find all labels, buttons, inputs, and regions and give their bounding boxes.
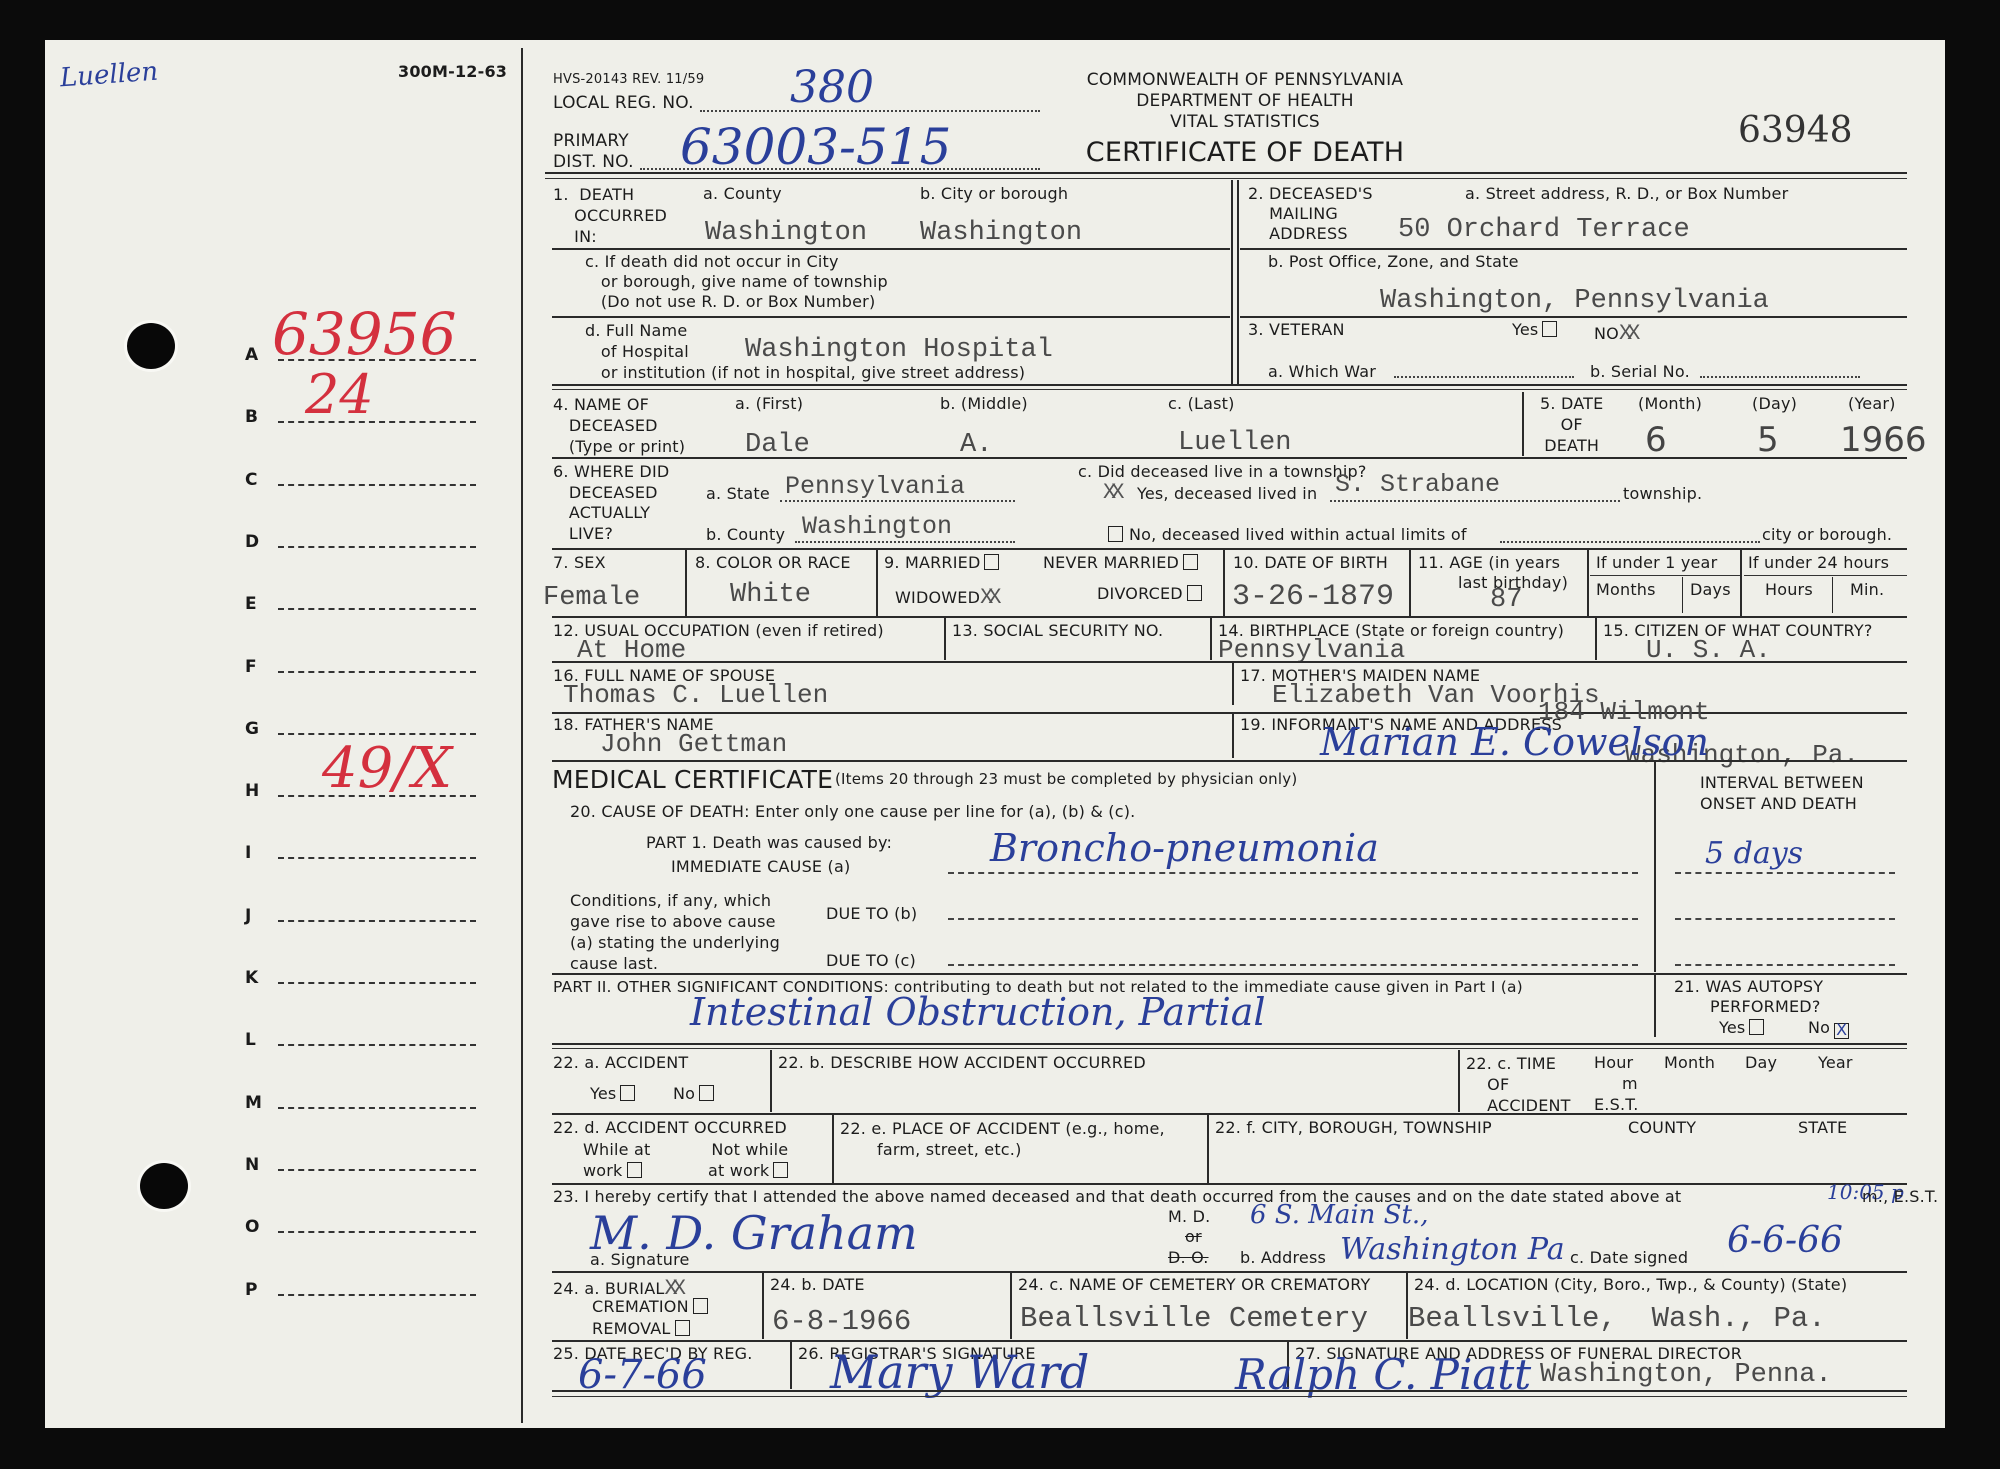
item22c-year: Year xyxy=(1818,1053,1853,1073)
while-at-work-checkbox[interactable] xyxy=(627,1162,642,1178)
due-to-c-line xyxy=(948,964,1638,966)
divorced-checkbox[interactable] xyxy=(1187,585,1202,601)
stub-line-f xyxy=(278,671,476,673)
item24c-label: 24. c. NAME OF CEMETERY OR CREMATORY xyxy=(1018,1275,1370,1295)
months-days-divider xyxy=(1682,577,1683,613)
item7-label: 7. SEX xyxy=(553,553,606,573)
hours-min-divider xyxy=(1832,577,1833,613)
section-rule-4 xyxy=(552,457,1907,459)
item5-month-label: (Month) xyxy=(1638,394,1702,414)
item22c-hour: Hour xyxy=(1594,1053,1633,1073)
item25-26-divider xyxy=(790,1342,792,1389)
header-rule-2 xyxy=(545,178,1907,179)
interval-label-2: ONSET AND DEATH xyxy=(1700,794,1857,814)
local-reg-value: 380 xyxy=(790,62,874,113)
item4c-label: c. (Last) xyxy=(1168,394,1235,414)
item7-sex-value: Female xyxy=(543,583,640,613)
item10-label: 10. DATE OF BIRTH xyxy=(1233,553,1388,573)
item3b-label: b. Serial No. xyxy=(1590,362,1690,382)
punch-hole-bottom xyxy=(140,1163,188,1209)
item23-signature-label: a. Signature xyxy=(590,1250,690,1270)
stub-letter-k: K xyxy=(245,968,258,988)
item22f-county: COUNTY xyxy=(1628,1118,1696,1138)
item18-19-divider xyxy=(1232,713,1234,758)
item2b-post-office-value: Washington, Pennsylvania xyxy=(1380,286,1769,316)
item24a-cremation: CREMATION xyxy=(592,1297,708,1317)
item22b-label: 22. b. DESCRIBE HOW ACCIDENT OCCURRED xyxy=(778,1053,1146,1073)
under-24-hours-rule xyxy=(1744,575,1907,576)
item6c-city-suffix: city or borough. xyxy=(1762,525,1892,545)
item4b-label: b. (Middle) xyxy=(940,394,1028,414)
item23-time-suffix: m., E.S.T. xyxy=(1862,1187,1938,1207)
removal-checkbox[interactable] xyxy=(675,1320,690,1336)
item1b-city-value: Washington xyxy=(920,218,1082,248)
due-to-b-label: DUE TO (b) xyxy=(826,904,917,924)
item10-birth-date: 3-26-1879 xyxy=(1232,580,1394,614)
item1-label: 1. DEATH OCCURRED IN: xyxy=(553,184,667,247)
item27-funeral-director-address: Washington, Penna. xyxy=(1540,1360,1832,1390)
stub-value-a: 63956 xyxy=(272,300,457,368)
primary-dist-label-1: PRIMARY xyxy=(553,131,629,152)
stub-letter-o: O xyxy=(245,1217,259,1237)
stub-letter-m: M xyxy=(245,1093,262,1113)
stub-letter-g: G xyxy=(245,719,259,739)
section-rule-14 xyxy=(552,1271,1907,1273)
item9-widowed: WIDOWEDXX xyxy=(895,584,997,612)
item22a-b-divider xyxy=(770,1050,772,1112)
immediate-cause-line xyxy=(948,872,1638,874)
item4-label: 4. NAME OF DECEASED (Type or print) xyxy=(553,394,685,457)
item3b-line xyxy=(1700,376,1860,378)
item4a-label: a. (First) xyxy=(735,394,803,414)
item6a-state-value: Pennsylvania xyxy=(785,472,965,501)
item1b-label: b. City or borough xyxy=(920,184,1068,204)
item5-day-label: (Day) xyxy=(1752,394,1797,414)
conditions-label: Conditions, if any, which gave rise to a… xyxy=(570,890,780,974)
primary-dist-label-2: DIST. NO. xyxy=(553,152,634,173)
section-rule-3 xyxy=(552,384,1907,386)
cremation-checkbox[interactable] xyxy=(693,1298,708,1314)
form-number: HVS-20143 REV. 11/59 xyxy=(553,72,704,88)
stub-letter-d: D xyxy=(245,532,259,552)
item24c-cemetery-value: Beallsville Cemetery xyxy=(1020,1302,1368,1335)
stub-letter-e: E xyxy=(245,594,257,614)
item23-address-label: b. Address xyxy=(1240,1248,1326,1268)
stub-value-b: 24 xyxy=(305,363,374,426)
item14-15-divider xyxy=(1595,618,1597,660)
section-rule-10 xyxy=(552,973,1907,975)
item6b-label: b. County xyxy=(706,525,785,545)
stub-line-g xyxy=(278,733,476,735)
bottom-rule-2 xyxy=(552,1396,1907,1397)
item1-2-divider-a xyxy=(1231,180,1233,384)
item23-address-line-1: 6 S. Main St., xyxy=(1250,1200,1428,1230)
item11-label-1: 11. AGE (in years xyxy=(1418,553,1560,573)
stub-divider xyxy=(521,48,523,1423)
stub-letter-a: A xyxy=(245,345,258,365)
item6c-city-line xyxy=(1500,541,1760,543)
interval-c-line xyxy=(1675,964,1895,966)
item3a-line xyxy=(1394,376,1574,378)
medical-certificate-title: MEDICAL CERTIFICATE xyxy=(552,764,833,795)
autopsy-divider xyxy=(1654,975,1656,1037)
stub-line-o xyxy=(278,1231,476,1233)
bottom-rule-1 xyxy=(552,1390,1907,1392)
item2a-label: a. Street address, R. D., or Box Number xyxy=(1465,184,1788,204)
agency-line-1: COMMONWEALTH OF PENNSYLVANIA xyxy=(1070,70,1420,91)
item4b-middle-name: A. xyxy=(960,430,992,460)
item22b-c-divider xyxy=(1458,1050,1460,1112)
widowed-mark[interactable]: XX xyxy=(980,585,996,610)
death-day: 5 xyxy=(1757,420,1779,460)
stub-letter-n: N xyxy=(245,1155,259,1175)
item2b-label: b. Post Office, Zone, and State xyxy=(1268,252,1519,272)
stub-letter-c: C xyxy=(245,470,257,490)
medical-certificate-subtitle: (Items 20 through 23 must be completed b… xyxy=(835,770,1297,789)
item11-divider-a xyxy=(1587,550,1589,616)
item22c-day: Day xyxy=(1745,1053,1777,1073)
item22f-state: STATE xyxy=(1798,1118,1847,1138)
item24b-burial-date: 6-8-1966 xyxy=(772,1305,911,1338)
item22e-label: 22. e. PLACE OF ACCIDENT (e.g., home, fa… xyxy=(840,1118,1165,1160)
item10-11-divider xyxy=(1409,550,1411,616)
item6c-township-suffix: township. xyxy=(1623,484,1702,504)
item6c-township-line xyxy=(1330,500,1620,502)
item22a-no: No xyxy=(673,1084,714,1104)
autopsy-no: NoX xyxy=(1808,1018,1849,1039)
stub-letter-l: L xyxy=(245,1030,256,1050)
death-month: 6 xyxy=(1645,420,1667,460)
item6c-yes-label: Yes, deceased lived in xyxy=(1137,484,1317,504)
stub-value-h: 49/X xyxy=(322,736,452,801)
item22a-yes: Yes xyxy=(590,1084,635,1104)
stub-line-k xyxy=(278,982,476,984)
item23-do-label: D. O. xyxy=(1168,1248,1209,1268)
item6b-county-value: Washington xyxy=(802,512,952,541)
section-rule-3b xyxy=(552,389,1907,390)
item3a-label: a. Which War xyxy=(1268,362,1376,382)
section-rule-11 xyxy=(552,1043,1907,1045)
veteran-no-mark[interactable]: XX xyxy=(1619,321,1635,346)
accident-yes-checkbox[interactable] xyxy=(620,1085,635,1101)
part2-value: Intestinal Obstruction, Partial xyxy=(690,990,1266,1034)
death-year: 1966 xyxy=(1840,420,1927,460)
section-rule-13 xyxy=(552,1183,1907,1185)
agency-line-3: VITAL STATISTICS xyxy=(1070,112,1420,133)
item5-label: 5. DATE OF DEATH xyxy=(1540,393,1603,456)
section-rule-12 xyxy=(552,1113,1907,1115)
item22c-est: E.S.T. xyxy=(1594,1095,1639,1115)
item24a-b-divider xyxy=(762,1273,764,1339)
item9-never-married: NEVER MARRIED xyxy=(1043,553,1198,573)
stub-line-i xyxy=(278,857,476,859)
primary-dist-value: 63003-515 xyxy=(680,118,951,176)
autopsy-yes: Yes xyxy=(1719,1018,1764,1038)
item6c-township-value: S. Strabane xyxy=(1335,470,1500,499)
immediate-cause-label: IMMEDIATE CAUSE (a) xyxy=(671,857,850,877)
section-rule-6 xyxy=(552,616,1907,618)
never-married-checkbox[interactable] xyxy=(1183,554,1198,570)
stub-line-e xyxy=(278,608,476,610)
interval-label-1: INTERVAL BETWEEN xyxy=(1700,773,1864,793)
item22c-label: 22. c. TIME OF ACCIDENT xyxy=(1466,1053,1571,1116)
item22a-label: 22. a. ACCIDENT xyxy=(553,1053,688,1073)
item9-divorced: DIVORCED xyxy=(1097,584,1202,604)
min-label: Min. xyxy=(1850,580,1884,600)
under-1-year-rule xyxy=(1590,575,1740,576)
item6-label: 6. WHERE DID DECEASED ACTUALLY LIVE? xyxy=(553,462,669,544)
due-to-b-line xyxy=(948,918,1638,920)
stub-letter-b: B xyxy=(245,407,258,427)
interval-b-line xyxy=(1675,918,1895,920)
item23-date-label: c. Date signed xyxy=(1570,1248,1688,1268)
item6a-label: a. State xyxy=(706,484,770,504)
interval-a-value: 5 days xyxy=(1705,836,1803,871)
section-rule-15 xyxy=(552,1340,1907,1342)
item1d-hospital-value: Washington Hospital xyxy=(745,335,1053,365)
item22f-label: 22. f. CITY, BOROUGH, TOWNSHIP xyxy=(1215,1118,1492,1138)
item13-label: 13. SOCIAL SECURITY NO. xyxy=(952,621,1163,641)
accident-no-checkbox[interactable] xyxy=(699,1085,714,1101)
item22d-not-while: Not while at work xyxy=(708,1139,788,1181)
cause-of-death-label: 20. CAUSE OF DEATH: Enter only one cause… xyxy=(570,802,1135,822)
item5-year-label: (Year) xyxy=(1848,394,1896,414)
item4-5-divider xyxy=(1522,392,1524,456)
item22d-while: While at work xyxy=(583,1139,650,1181)
item2a-street-value: 50 Orchard Terrace xyxy=(1398,215,1690,245)
immediate-cause-value: Broncho-pneumonia xyxy=(990,826,1379,870)
stub-line-p xyxy=(278,1294,476,1296)
days-label: Days xyxy=(1690,580,1731,600)
stub-line-c xyxy=(278,484,476,486)
item6b-line xyxy=(795,541,1015,543)
item22c-month: Month xyxy=(1664,1053,1715,1073)
item8-9-divider xyxy=(876,550,878,616)
veteran-yes-checkbox[interactable] xyxy=(1542,321,1557,337)
item9-married: 9. MARRIED xyxy=(884,553,999,573)
stub-letter-f: F xyxy=(245,657,257,677)
stub-line-j xyxy=(278,920,476,922)
stub-line-l xyxy=(278,1044,476,1046)
under-1-year-label: If under 1 year xyxy=(1596,553,1717,573)
part1-label: PART 1. Death was caused by: xyxy=(646,833,892,853)
item16-17-divider xyxy=(1232,663,1234,705)
item23-address-line-2: Washington Pa xyxy=(1340,1232,1565,1267)
autopsy-label-2: PERFORMED? xyxy=(1710,997,1821,1017)
stub-letter-j: J xyxy=(245,906,251,926)
item23-md-label: M. D. xyxy=(1168,1207,1210,1227)
item2-label: 2. DECEASED'S MAILING ADDRESS xyxy=(1248,184,1373,244)
item3-label: 3. VETERAN xyxy=(1248,320,1345,340)
item23-date-signed: 6-6-66 xyxy=(1727,1220,1843,1261)
stub-letter-p: P xyxy=(245,1280,257,1300)
under-24-hours-label: If under 24 hours xyxy=(1748,553,1889,573)
interval-a-line xyxy=(1675,872,1895,874)
item22d-e-divider xyxy=(832,1115,834,1183)
months-label: Months xyxy=(1596,580,1656,600)
due-to-c-label: DUE TO (c) xyxy=(826,951,916,971)
item6c-no-checkbox[interactable] xyxy=(1108,526,1123,542)
item6c-no: No, deceased lived within actual limits … xyxy=(1108,525,1467,545)
item3-no: NOXX xyxy=(1594,320,1635,348)
item18-father-value: John Gettman xyxy=(600,729,787,759)
certificate-number: 63948 xyxy=(1738,110,1853,151)
item11-age-value: 87 xyxy=(1490,585,1522,615)
item8-race-value: White xyxy=(730,580,811,610)
item11-divider-b xyxy=(1740,550,1742,616)
interval-divider xyxy=(1654,762,1656,972)
punch-hole-top xyxy=(127,323,175,369)
item23-statement: 23. I hereby certify that I attended the… xyxy=(553,1187,1681,1207)
header-rule-1 xyxy=(545,172,1907,174)
autopsy-yes-checkbox[interactable] xyxy=(1749,1019,1764,1035)
hours-label: Hours xyxy=(1765,580,1813,600)
item1-rule-1 xyxy=(552,248,1230,250)
item7-8-divider xyxy=(685,550,687,616)
item3-yes: Yes xyxy=(1512,320,1557,340)
section-rule-9 xyxy=(552,760,1907,762)
stub-form-code: 300M-12-63 xyxy=(398,62,507,82)
item4c-last-name: Luellen xyxy=(1178,428,1291,458)
item23-or-label: or xyxy=(1185,1227,1202,1247)
section-rule-11b xyxy=(552,1048,1907,1049)
not-at-work-checkbox[interactable] xyxy=(773,1162,788,1178)
item19-informant-signature: Marian E. Cowelson xyxy=(1320,720,1709,764)
item1-rule-2 xyxy=(552,316,1230,318)
stub-line-d xyxy=(278,546,476,548)
item1-2-divider-b xyxy=(1237,180,1239,384)
agency-line-2: DEPARTMENT OF HEALTH xyxy=(1070,91,1420,112)
item22e-f-divider xyxy=(1207,1115,1209,1183)
section-rule-5 xyxy=(552,548,1907,550)
autopsy-label-1: 21. WAS AUTOPSY xyxy=(1674,977,1823,997)
item4a-first-name: Dale xyxy=(745,430,810,460)
item1c-label: c. If death did not occur in City or bor… xyxy=(585,252,888,312)
section-rule-7 xyxy=(552,661,1907,663)
item24d-location-value: Beallsville, Wash., Pa. xyxy=(1408,1302,1826,1335)
item1a-label: a. County xyxy=(703,184,782,204)
stub-line-n xyxy=(278,1169,476,1171)
item13-14-divider xyxy=(1210,618,1212,660)
item24a-removal: REMOVAL xyxy=(592,1319,690,1339)
item24b-c-divider xyxy=(1010,1273,1012,1339)
local-reg-label: LOCAL REG. NO. xyxy=(553,93,694,114)
item2-rule-1 xyxy=(1240,248,1907,250)
item24b-label: 24. b. DATE xyxy=(770,1275,865,1295)
stub-line-m xyxy=(278,1107,476,1109)
married-checkbox[interactable] xyxy=(984,554,999,570)
item2-rule-2 xyxy=(1240,316,1907,318)
stub-letter-i: I xyxy=(245,843,251,863)
item16-spouse-value: Thomas C. Luellen xyxy=(563,680,828,710)
item6c-label: c. Did deceased live in a township? xyxy=(1078,462,1367,482)
stub-letter-h: H xyxy=(245,781,259,801)
item24d-label: 24. d. LOCATION (City, Boro., Twp., & Co… xyxy=(1414,1275,1847,1295)
item22d-label: 22. d. ACCIDENT OCCURRED xyxy=(553,1118,787,1138)
item8-label: 8. COLOR OR RACE xyxy=(695,553,851,573)
item1a-county-value: Washington xyxy=(705,218,867,248)
item22c-m: m xyxy=(1622,1074,1638,1094)
item12-13-divider xyxy=(944,618,946,660)
item9-10-divider xyxy=(1223,550,1225,616)
autopsy-no-checkbox[interactable]: X xyxy=(1834,1023,1849,1039)
certificate-title: CERTIFICATE OF DEATH xyxy=(1070,136,1420,170)
item6c-yes-mark[interactable]: XX xyxy=(1103,480,1119,505)
